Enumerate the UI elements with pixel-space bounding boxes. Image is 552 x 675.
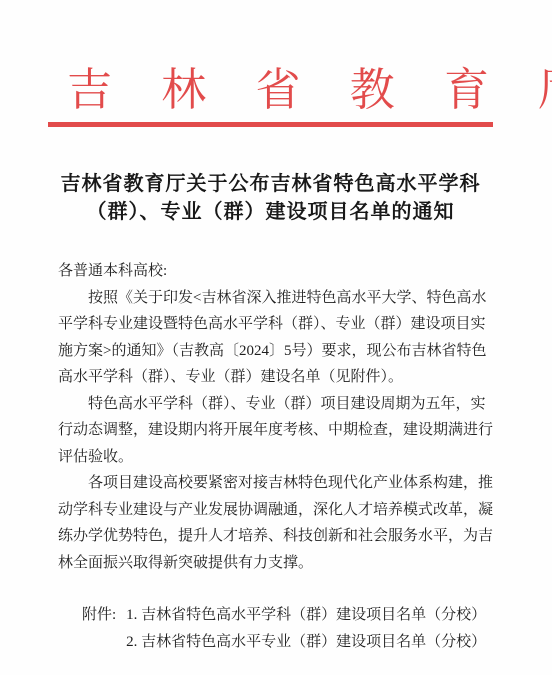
attachment-item-2: 2. 吉林省特色高水平专业（群）建设项目名单（分校） bbox=[126, 629, 494, 656]
letterhead: 吉 林 省 教 育 厅 bbox=[48, 0, 493, 127]
paragraph-requirements: 各项目建设高校要紧密对接吉林特色现代化产业体系构建，推 动学科专业建设与产业发展… bbox=[58, 470, 494, 576]
document-body: 各普通本科高校: 按照《关于印发<吉林省深入推进特色高水平大学、特色高水 平学科… bbox=[58, 258, 494, 655]
attachments-block: 附件: 1. 吉林省特色高水平学科（群）建设项目名单（分校） 2. 吉林省特色高… bbox=[58, 602, 494, 655]
attachments-list: 1. 吉林省特色高水平学科（群）建设项目名单（分校） 2. 吉林省特色高水平专业… bbox=[126, 602, 494, 655]
document-title: 吉林省教育厅关于公布吉林省特色高水平学科 （群）、专业（群）建设项目名单的通知 bbox=[48, 170, 493, 226]
attachments-label: 附件: bbox=[82, 602, 116, 629]
attachment-item-1: 1. 吉林省特色高水平学科（群）建设项目名单（分校） bbox=[126, 602, 494, 629]
paragraph-basis: 按照《关于印发<吉林省深入推进特色高水平大学、特色高水 平学科专业建设暨特色高水… bbox=[58, 285, 494, 391]
paragraph-build-period: 特色高水平学科（群）、专业（群）项目建设周期为五年，实 行动态调整，建设期内将开… bbox=[58, 391, 494, 471]
document-page: 吉 林 省 教 育 厅 吉林省教育厅关于公布吉林省特色高水平学科 （群）、专业（… bbox=[0, 0, 552, 675]
letterhead-divider bbox=[48, 122, 493, 127]
salutation: 各普通本科高校: bbox=[58, 258, 494, 285]
letterhead-agency-name: 吉 林 省 教 育 厅 bbox=[48, 0, 493, 113]
